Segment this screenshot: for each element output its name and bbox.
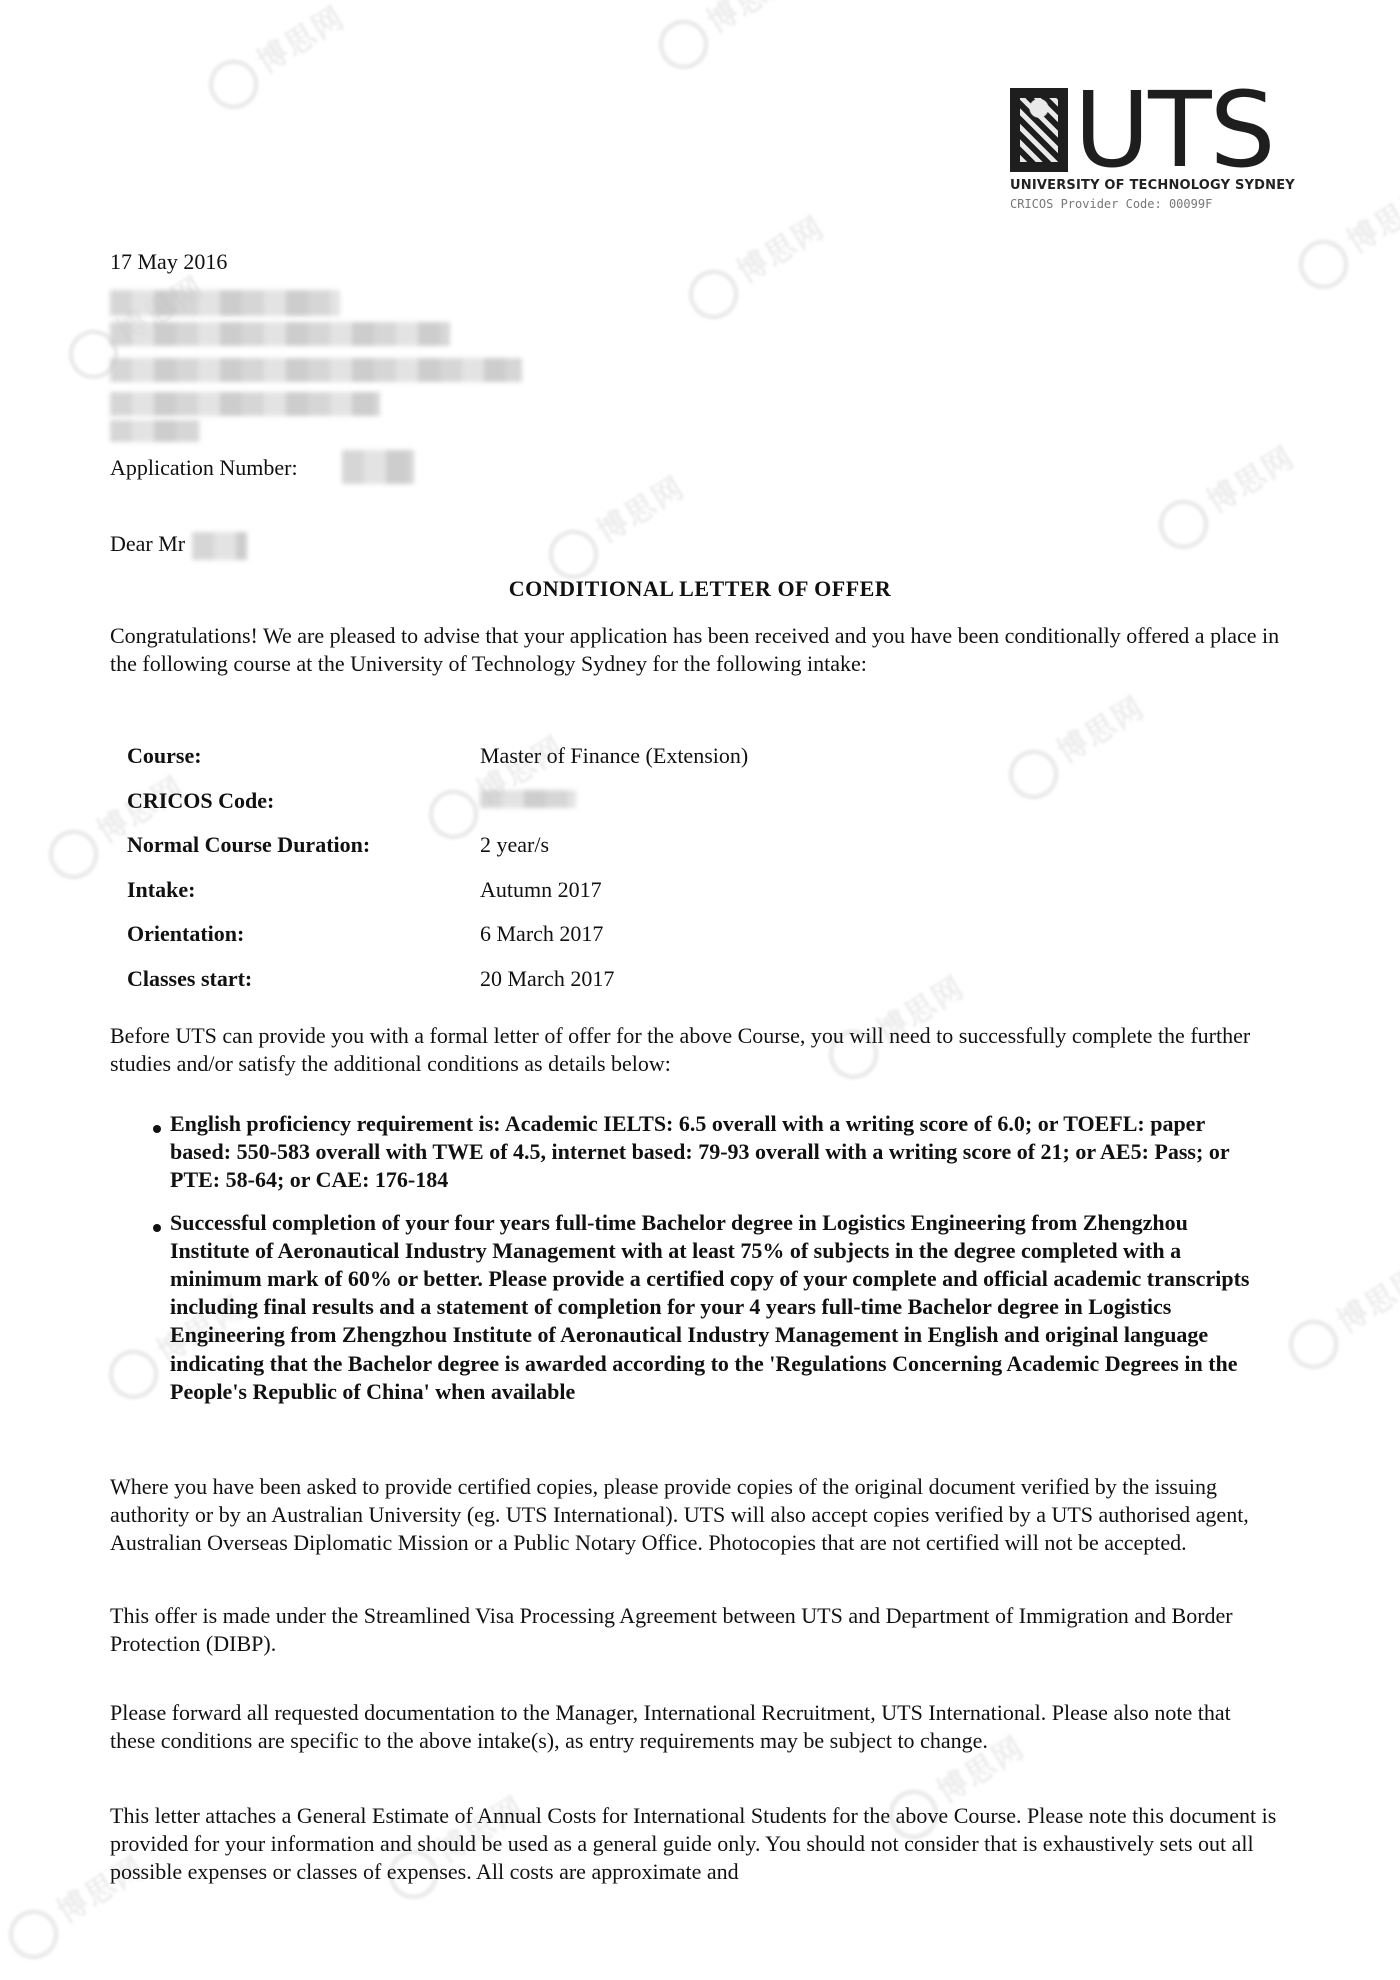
redacted-address (110, 392, 380, 416)
redacted-application-number (342, 450, 414, 484)
letter-date: 17 May 2016 (110, 248, 227, 276)
watermark: 博思网 (1148, 433, 1306, 558)
uts-crest-icon (1010, 88, 1068, 172)
application-number-label: Application Number: (110, 455, 298, 480)
detail-value: 6 March 2017 (480, 920, 603, 948)
detail-label: CRICOS Code: (127, 787, 480, 815)
cost-estimate-paragraph: This letter attaches a General Estimate … (110, 1802, 1280, 1886)
detail-row: Orientation:6 March 2017 (127, 920, 748, 965)
detail-row: CRICOS Code: (127, 787, 748, 832)
watermark: 博思网 (998, 683, 1156, 808)
detail-row: Course:Master of Finance (Extension) (127, 742, 748, 787)
detail-label: Classes start: (127, 965, 480, 993)
certified-copies-paragraph: Where you have been asked to provide cer… (110, 1473, 1280, 1557)
visa-agreement-paragraph: This offer is made under the Streamlined… (110, 1602, 1280, 1658)
redacted-address (110, 322, 450, 346)
watermark: 博思网 (648, 0, 806, 78)
watermark: 博思网 (1288, 173, 1400, 298)
detail-row: Intake:Autumn 2017 (127, 876, 748, 921)
logo-text: UTS (1074, 88, 1274, 172)
conditions-list: English proficiency requirement is: Acad… (150, 1110, 1270, 1420)
forward-docs-paragraph: Please forward all requested documentati… (110, 1699, 1280, 1755)
condition-bachelor-degree: Successful completion of your four years… (150, 1209, 1270, 1406)
redacted-address (110, 290, 340, 316)
letter-title: CONDITIONAL LETTER OF OFFER (110, 575, 1290, 603)
cricos-provider-code: CRICOS Provider Code: 00099F (1010, 197, 1290, 211)
course-details: Course:Master of Finance (Extension)CRIC… (127, 742, 748, 1010)
intro-paragraph: Congratulations! We are pleased to advis… (110, 622, 1280, 678)
watermark: 博思网 (538, 463, 696, 588)
condition-english: English proficiency requirement is: Acad… (150, 1110, 1270, 1195)
detail-label: Course: (127, 742, 480, 770)
redacted-cricos-code (480, 790, 576, 808)
watermark: 博思网 (1278, 1253, 1400, 1378)
detail-label: Normal Course Duration: (127, 831, 480, 859)
redacted-name (192, 532, 247, 560)
detail-value: 20 March 2017 (480, 965, 614, 993)
salutation: Dear Mr (110, 530, 185, 558)
application-number: Application Number: (110, 454, 298, 482)
detail-label: Intake: (127, 876, 480, 904)
detail-value: Autumn 2017 (480, 876, 602, 904)
uts-logo: UTS UNIVERSITY OF TECHNOLOGY SYDNEY CRIC… (1010, 88, 1290, 211)
detail-label: Orientation: (127, 920, 480, 948)
conditions-intro: Before UTS can provide you with a formal… (110, 1022, 1280, 1078)
watermark: 博思网 (678, 203, 836, 328)
redacted-address (110, 358, 522, 382)
detail-value: Master of Finance (Extension) (480, 742, 748, 770)
redacted-address (110, 420, 200, 442)
detail-row: Normal Course Duration:2 year/s (127, 831, 748, 876)
watermark: 博思网 (198, 0, 356, 118)
detail-row: Classes start:20 March 2017 (127, 965, 748, 1010)
detail-value: 2 year/s (480, 831, 549, 859)
institution-name: UNIVERSITY OF TECHNOLOGY SYDNEY (1010, 178, 1290, 193)
